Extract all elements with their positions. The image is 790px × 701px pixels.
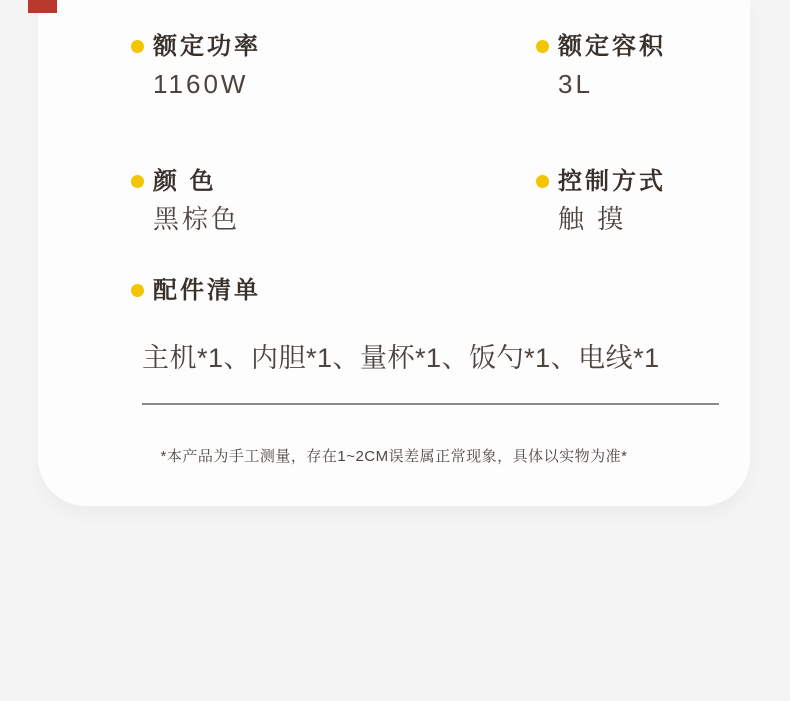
bullet-dot-icon [131, 284, 144, 297]
spec-label: 额定容积 [558, 33, 666, 61]
spec-label: 控制方式 [558, 168, 666, 196]
footnote-text: *本产品为手工测量，存在1~2CM误差属正常现象，具体以实物为准* [38, 445, 750, 466]
spec-value: 触 摸 [558, 204, 666, 234]
bullet-dot-icon [536, 40, 549, 53]
spec-card: 额定功率 1160W 额定容积 3L 颜 色 黑棕色 控制方式 触 摸 配件清单… [38, 0, 750, 506]
bullet-dot-icon [131, 175, 144, 188]
spec-value: 3L [558, 69, 666, 99]
spec-value: 黑棕色 [153, 204, 240, 234]
product-spec-page: 额定功率 1160W 额定容积 3L 颜 色 黑棕色 控制方式 触 摸 配件清单… [0, 0, 790, 701]
red-banner-remnant [28, 0, 57, 13]
spec-value: 1160W [153, 69, 261, 99]
bullet-dot-icon [131, 40, 144, 53]
spec-item-control-method: 控制方式 触 摸 [558, 168, 666, 234]
spec-label: 配件清单 [153, 277, 261, 305]
spec-label: 额定功率 [153, 33, 261, 61]
spec-item-color: 颜 色 黑棕色 [153, 168, 240, 234]
spec-item-accessories: 配件清单 [153, 277, 261, 305]
spec-item-rated-power: 额定功率 1160W [153, 33, 261, 99]
spec-label: 颜 色 [153, 168, 240, 196]
accessories-list-value: 主机*1、内胆*1、量杯*1、饭勺*1、电线*1 [142, 336, 660, 375]
spec-item-rated-capacity: 额定容积 3L [558, 33, 666, 99]
divider-line [142, 403, 719, 405]
bullet-dot-icon [536, 175, 549, 188]
